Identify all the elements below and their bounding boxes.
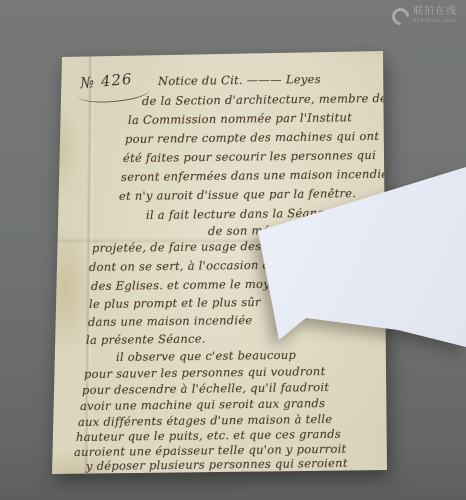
white-note	[0, 0, 466, 500]
photo-scene: № 426 Notice du Cit. ——— Leyes de la Sec…	[0, 0, 466, 500]
watermark-text-block: 联拍在线 51bidlive.com	[413, 7, 457, 24]
watermark-logo-icon	[388, 4, 412, 28]
watermark-name: 联拍在线	[413, 7, 457, 17]
watermark: 联拍在线 51bidlive.com	[392, 7, 457, 25]
watermark-subtext: 51bidlive.com	[413, 19, 457, 24]
white-note-shadow	[0, 0, 466, 500]
